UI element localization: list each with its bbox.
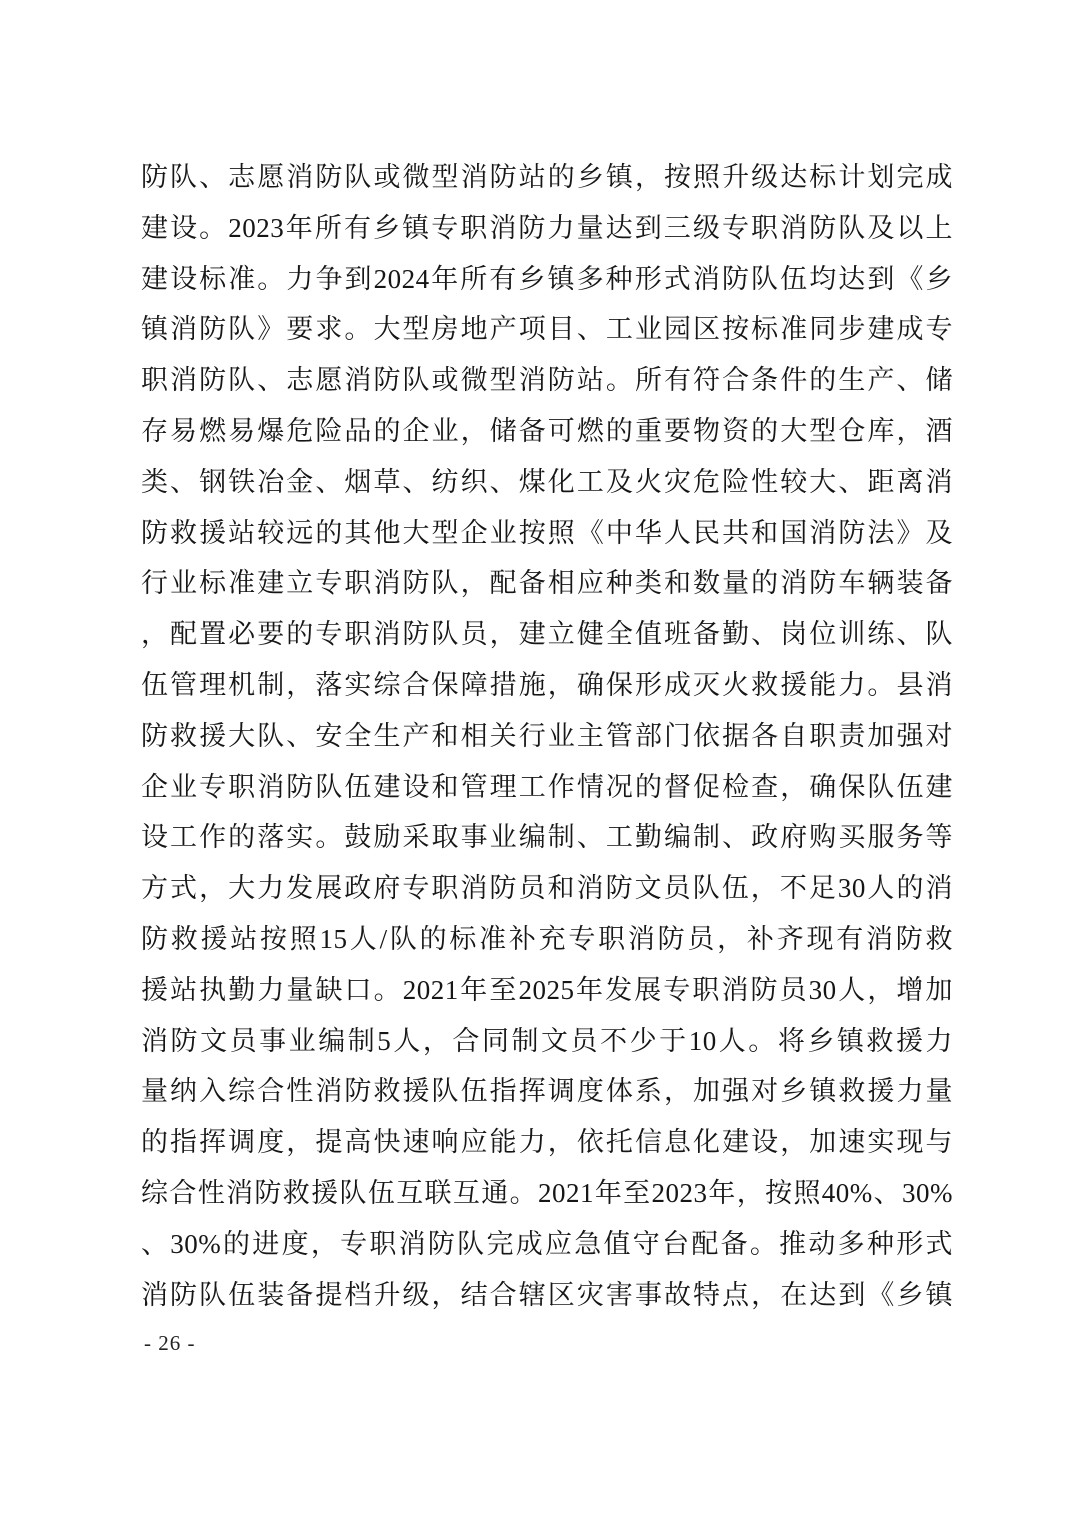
text-line: 存易燃易爆危险品的企业，储备可燃的重要物资的大型仓库，酒	[141, 406, 953, 457]
text-line: 方式，大力发展政府专职消防员和消防文员队伍，不足30人的消	[141, 863, 953, 914]
text-line: 建设。2023年所有乡镇专职消防力量达到三级专职消防队及以上	[141, 203, 953, 254]
text-line: 建设标准。力争到2024年所有乡镇多种形式消防队伍均达到《乡	[141, 254, 953, 305]
text-line: 消防队伍装备提档升级，结合辖区灾害事故特点，在达到《乡镇	[141, 1270, 953, 1321]
text-line: 企业专职消防队伍建设和管理工作情况的督促检查，确保队伍建	[141, 762, 953, 813]
page-number: - 26 -	[144, 1331, 196, 1356]
text-line: 类、钢铁冶金、烟草、纺织、煤化工及火灾危险性较大、距离消	[141, 457, 953, 508]
text-line: 防救援站较远的其他大型企业按照《中华人民共和国消防法》及	[141, 508, 953, 559]
text-line: 援站执勤力量缺口。2021年至2025年发展专职消防员30人，增加	[141, 965, 953, 1016]
document-page: 防队、志愿消防队或微型消防站的乡镇，按照升级达标计划完成 建设。2023年所有乡…	[0, 0, 1074, 1520]
text-line: 行业标准建立专职消防队，配备相应种类和数量的消防车辆装备	[141, 558, 953, 609]
text-line: 防队、志愿消防队或微型消防站的乡镇，按照升级达标计划完成	[141, 152, 953, 203]
text-line: 伍管理机制，落实综合保障措施，确保形成灭火救援能力。县消	[141, 660, 953, 711]
text-line: 的指挥调度，提高快速响应能力，依托信息化建设，加速实现与	[141, 1117, 953, 1168]
text-line: 防救援大队、安全生产和相关行业主管部门依据各自职责加强对	[141, 711, 953, 762]
text-line: 设工作的落实。鼓励采取事业编制、工勤编制、政府购买服务等	[141, 812, 953, 863]
text-line: 职消防队、志愿消防队或微型消防站。所有符合条件的生产、储	[141, 355, 953, 406]
text-line: 综合性消防救援队伍互联互通。2021年至2023年，按照40%、30%	[141, 1168, 953, 1219]
body-text-block: 防队、志愿消防队或微型消防站的乡镇，按照升级达标计划完成 建设。2023年所有乡…	[141, 152, 953, 1320]
text-line: 量纳入综合性消防救援队伍指挥调度体系，加强对乡镇救援力量	[141, 1066, 953, 1117]
text-line: 消防文员事业编制5人，合同制文员不少于10人。将乡镇救援力	[141, 1016, 953, 1067]
text-line: 镇消防队》要求。大型房地产项目、工业园区按标准同步建成专	[141, 304, 953, 355]
text-line: 防救援站按照15人/队的标准补充专职消防员，补齐现有消防救	[141, 914, 953, 965]
text-line: 、30%的进度，专职消防队完成应急值守台配备。推动多种形式	[141, 1219, 953, 1270]
text-line: ，配置必要的专职消防队员，建立健全值班备勤、岗位训练、队	[141, 609, 953, 660]
